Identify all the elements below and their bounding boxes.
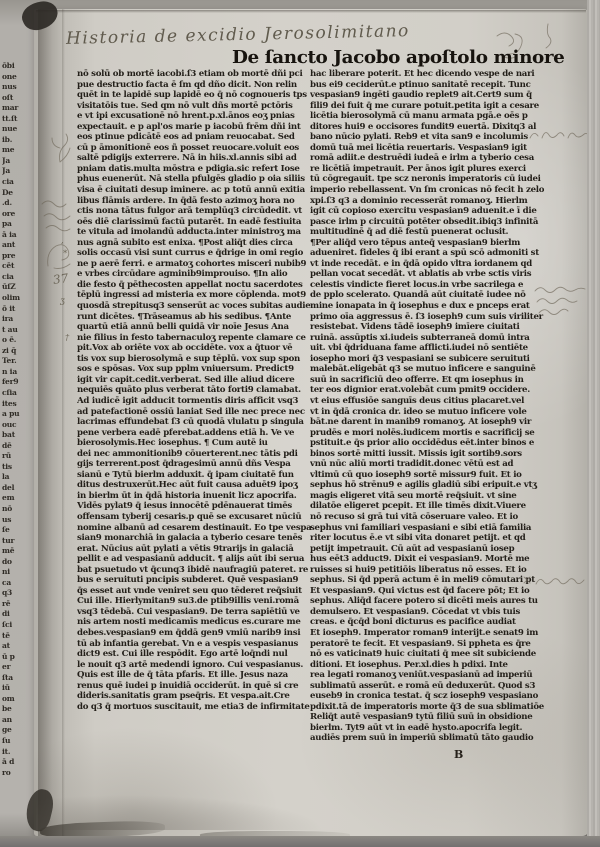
edge-fragment: ca — [2, 578, 32, 589]
gutter-scribble-2 — [42, 240, 76, 274]
text-line: quosdā strepitusq3 senserūt ac voces sub… — [77, 301, 311, 312]
edge-fragment: ū p — [2, 652, 32, 663]
text-line: erat. Nūcius aūt pylati a vētis 9trarijs… — [77, 544, 311, 555]
text-line: riter locutus ē.e vt sibi vita donaret p… — [310, 533, 544, 544]
edge-fragment: q3 — [2, 588, 32, 599]
text-line: tū cōgregauit. tpe scz neronis imperator… — [310, 174, 544, 185]
edge-fragment: .d. — [2, 198, 32, 209]
text-line: sublimatū asserūt. e romā eū deduxerūt. … — [310, 681, 544, 692]
edge-fragment: a pu — [2, 409, 32, 420]
text-line: dei nec ammonitionib9 cōuerterent.nec tā… — [77, 449, 311, 460]
text-line: Cui ille. Hierlymitan9 su3.de ptib9illis… — [77, 596, 311, 607]
edge-fragment: us — [2, 515, 32, 526]
edge-fragment: em — [2, 493, 32, 504]
text-line: nō recuso si grā tui vitā cōseruare vale… — [310, 512, 544, 523]
text-line: tū ab infantia gerebat. Vn e a vespis ve… — [77, 639, 311, 650]
edge-fragment: ā d — [2, 757, 32, 768]
text-line: bierosolymis.Hec iosephus. ¶ Cum autē iu — [77, 438, 311, 449]
edge-fragment: ites — [2, 399, 32, 410]
text-line: bat psuetudo vt q̄cunq3 ibidē naufragiū … — [77, 565, 311, 576]
text-line: rea legati romanoʒ veniūt.vespasianū ad … — [310, 670, 544, 681]
text-line: ne p aerē ferri. e armatoʒ cohortes misc… — [77, 259, 311, 270]
edge-fragment: del — [2, 483, 32, 494]
text-line: demulsero. Et vespasian9. Cōcedat vt vbi… — [310, 607, 544, 618]
text-line: uit. vbi q̄driduana fame afflicti.iudei … — [310, 343, 544, 354]
text-line: nus agnā subito est enixa. ¶Post aliq̄t … — [77, 238, 311, 249]
text-line: die festo q̄ pēthecosten appellat noctu … — [77, 280, 311, 291]
text-line: quēt in te lapidē sup lapidē eo q̄ nō co… — [77, 90, 311, 101]
edge-fragment: cēt — [2, 261, 32, 272]
page-top-edge — [36, 10, 586, 13]
margin-pen-mark: * — [63, 249, 67, 259]
text-line: nō es vaticinat9 huic ciuitati q̄ mee si… — [310, 649, 544, 660]
edge-fragment: ira — [2, 314, 32, 325]
edge-fragment: n ia — [2, 367, 32, 378]
edge-fragment: ore — [2, 209, 32, 220]
text-line: audiēs prem suū in imperiū sblimatū tāto… — [310, 733, 544, 744]
edge-fragment: an — [2, 715, 32, 726]
edge-fragment: ſci — [2, 620, 32, 631]
edge-fragment: mar — [2, 103, 32, 114]
text-line: imperio rebellassent. Vn ſm cronicas nō … — [310, 185, 544, 196]
margin-pen-mark: , — [61, 236, 64, 246]
edge-fragment: at — [2, 641, 32, 652]
text-line: tēplū ingressi ad misteria ex more cōple… — [77, 290, 311, 301]
text-line: ctis nona tātus fulgor arā templūq3 circ… — [77, 206, 311, 217]
text-line: lacrimas effundebat ſ3 cū quodā vlulatu … — [77, 417, 311, 428]
pen-stroke-title — [540, 22, 554, 50]
edge-fragment: ni — [2, 567, 32, 578]
edge-fragment: rū — [2, 451, 32, 462]
text-line: bierlm. Tyt9 aūt vt in eadē hysto.apocri… — [310, 723, 544, 734]
edge-fragment: nus — [2, 82, 32, 93]
edge-fragment: er — [2, 662, 32, 673]
text-line: pdixit.tā de imperatoris morte q̄3 de su… — [310, 702, 544, 713]
text-line: visitatōis tue. Sed qm nō vult dñs mortē… — [77, 101, 311, 112]
text-line: ditioni. Et iosephus. Per.xl.dies h pdix… — [310, 660, 544, 671]
edge-fragment: tis — [2, 462, 32, 473]
text-line: Et ioseph9. Imperator roman9 interijt.e … — [310, 628, 544, 639]
text-line: dict9 est. Cui ille respōdit. Ego artē l… — [77, 649, 311, 660]
text-line: quartū etiā annū belli quidā vir noīe Je… — [77, 322, 311, 333]
edge-fragment: do — [2, 557, 32, 568]
signature-mark: B — [454, 748, 463, 761]
text-line: offensam tyberij cesaris.p quē se excusa… — [77, 512, 311, 523]
text-line: Vidēs pylat9 q̄ iesus innocētē pdēnauera… — [77, 501, 311, 512]
edge-fragment: ro — [2, 768, 32, 779]
text-line: renus quē iudei p inuidiā occiderūt. in … — [77, 681, 311, 692]
edge-fragment: t au — [2, 325, 32, 336]
text-line: creas. e q̄cq̄d boni dicturus es pacific… — [310, 617, 544, 628]
text-line: iosepho mori q̄3 vespasiani se subicere … — [310, 354, 544, 365]
text-line: nequiēs quāto plus verberat tāto forti9 … — [77, 385, 311, 396]
text-line: sos e spōsas. Vox sup pplm vniuersum. Pr… — [77, 364, 311, 375]
text-line: le nouit q3 artē medendi ignoro. Cui ves… — [77, 660, 311, 671]
margin-pen-mark: † — [65, 333, 69, 343]
text-line: celestis vindicte fieret locus.in vrbe s… — [310, 280, 544, 291]
text-line: Ad iudicē igit adducit tormentis diris a… — [77, 396, 311, 407]
text-line: pit.Vox ab oriēte vox ab occidēte. vox a… — [77, 343, 311, 354]
edge-fragment: om — [2, 694, 32, 705]
edge-fragment: rē — [2, 599, 32, 610]
edge-fragment: De — [2, 188, 32, 199]
text-line: vltimū cū quo ioseph9 sortē missur9 fuit… — [310, 470, 544, 481]
text-line: sephus. Si q̄d pperā actum ē in meli9 cō… — [310, 575, 544, 586]
text-line: resistebat. Videns tādē ioseph9 imīere c… — [310, 322, 544, 333]
edge-fragment: ſta — [2, 673, 32, 684]
edge-fragment: dē — [2, 441, 32, 452]
gutter-handwritten-number: 37 — [52, 271, 69, 287]
edge-fragment: pre — [2, 251, 32, 262]
edge-fragment: oſt — [2, 93, 32, 104]
edge-fragment: zi q̄ — [2, 346, 32, 357]
text-line: ter eos dignior erat.volebāt cum pmit9 o… — [310, 385, 544, 396]
text-line: libus flāmis ardere. In q̄dā festo azimo… — [77, 196, 311, 207]
text-line: ditus destruxerūt.Hec aūt fuit causa adu… — [77, 480, 311, 491]
edge-fragment: ūſZ — [2, 282, 32, 293]
edge-fragment: it. — [2, 747, 32, 758]
text-line: pue destructio facta ē ſm qd dño dicit. … — [77, 80, 311, 91]
text-line: peratorē te fecit. Et vespasian9. Si pph… — [310, 639, 544, 650]
text-line: igit cū copioso exercitu vespasian9 adue… — [310, 206, 544, 217]
edge-fragment: ouc — [2, 420, 32, 431]
text-line: sephus hō strēnu9 e agilis gladiū sibi e… — [310, 480, 544, 491]
edge-fragment: tē — [2, 631, 32, 642]
edge-fragment: ſe — [2, 525, 32, 536]
page-curl-shadow — [36, 760, 336, 830]
text-line: ruinā. assūptis xi.iudeis subterraneā do… — [310, 333, 544, 344]
facing-page-text-fragments: ōbionenusoſtmartt.ſtnueib.meJaJaciaDe.d.… — [2, 61, 32, 778]
text-line: solis occasū visi sunt currus e q̄drige … — [77, 248, 311, 259]
text-line: te vitula ad imolandū adducta.inter mini… — [77, 227, 311, 238]
text-line: Quis est ille de q̄ tāta pfaris. Et ille… — [77, 670, 311, 681]
edge-fragment: Ja — [2, 166, 32, 177]
text-line: xpi.ſ3 q3 a dominio recesserāt romanoʒ. … — [310, 196, 544, 207]
text-line: vt eius effusiōe sanguīs deus citius pla… — [310, 396, 544, 407]
text-line: in bierlm ūt in q̄dā historia inuenit li… — [77, 491, 311, 502]
text-line: pasce irlm p circuitū potēter obsedit.ib… — [310, 217, 544, 228]
text-column-left: nō solū ob mortē iacobi.ſ3 etiam ob mort… — [77, 69, 311, 712]
text-line: debes.vespasian9 em q̄ddā gen9 vmiū nari… — [77, 628, 311, 639]
text-line: vt in q̄dā cronica dr. ideo se mutuo inf… — [310, 407, 544, 418]
text-line: primo oīa aggressus ē. ſ3 ioseph9 cum su… — [310, 312, 544, 323]
edge-fragment: nō — [2, 504, 32, 515]
edge-fragment: cſia — [2, 388, 32, 399]
text-line: igit vir capit.cedit.verberat. Sed ille … — [77, 375, 311, 386]
edge-fragment: Ter. — [2, 356, 32, 367]
edge-fragment: one — [2, 72, 32, 83]
text-line: ad patefactionē ossiū laniat Sed ille ne… — [77, 407, 311, 418]
text-line: multitudinē q̄ ad diē festū puenerat ocl… — [310, 227, 544, 238]
text-column-right: hac liberare poterit. Et hec dicendo ves… — [310, 69, 544, 744]
marginal-gloss-low-right — [522, 573, 588, 589]
text-line: nō solū ob mortē iacobi.ſ3 etiam ob mort… — [77, 69, 311, 80]
text-line: suū in sacrificiū deo offerre. Et qm ios… — [310, 375, 544, 386]
text-line: vt inde recedāt. e in q̄dā opido vltra i… — [310, 259, 544, 270]
text-line: dideris.sanitatis gram pseq̄ris. Et vesp… — [77, 691, 311, 702]
edge-fragment: tt.ſt — [2, 114, 32, 125]
edge-fragment: ge — [2, 725, 32, 736]
edge-fragment: ōbi — [2, 61, 32, 72]
text-line: do q3 q̄ mortuos suscitauit, me etia3 de… — [77, 702, 311, 713]
edge-fragment: fer9 — [2, 377, 32, 388]
text-line: gijs terrerent.post q̄dragesimū annū dñs… — [77, 459, 311, 470]
edge-fragment: ſu — [2, 736, 32, 747]
edge-fragment: ib. — [2, 135, 32, 146]
text-line: Et vespasian9. Qui victus est q̄d facere… — [310, 586, 544, 597]
text-line: hus eēt3 adduct9. Dixit ei vespasian9. M… — [310, 554, 544, 565]
text-line: prudēs e mori nolēs.iudicem mortis e sac… — [310, 428, 544, 439]
text-line: adueniret. fideles q̄ ibi erant a spū sc… — [310, 248, 544, 259]
text-line: malebāt.eligebāt q3 se mutuo inficere e … — [310, 364, 544, 375]
edge-fragment: cia — [2, 272, 32, 283]
text-line: romā adiit.e destruēdi iudeā e irlm a ty… — [310, 153, 544, 164]
text-line: vnū nūc aliū morti tradidit.donec vētū e… — [310, 459, 544, 470]
edge-fragment: Ja — [2, 156, 32, 167]
text-line: tis vox sup bierosolymā e sup tēplū. vox… — [77, 354, 311, 365]
text-line: nis artem nosti medicamīs medicus es.cur… — [77, 617, 311, 628]
text-line: fili9 dei fuit q̄ me curare potuit.petit… — [310, 101, 544, 112]
edge-fragment: be — [2, 704, 32, 715]
text-line: vespasian9 ingēti gaudio replet9 ait.Cer… — [310, 90, 544, 101]
edge-fragment: olim — [2, 293, 32, 304]
text-line: bus e seruituti pncipis subderet. Quē ve… — [77, 575, 311, 586]
text-line: mine ionapata in q̄ iosephus e dux e pnc… — [310, 301, 544, 312]
text-line: visa ē ciuitati desup iminere. ac p totū… — [77, 185, 311, 196]
text-line: nie filius in festo tabernaculoʒ repente… — [77, 333, 311, 344]
text-line: sephus. Aliq̄d facere potero si dicēti m… — [310, 596, 544, 607]
text-line: expectauit. e p apl'os marie p iacobū fr… — [77, 122, 311, 133]
text-line: pellit e ad vespasianū adducit. ¶ alijs … — [77, 554, 311, 565]
edge-fragment: di — [2, 609, 32, 620]
fore-edge-pages — [587, 0, 600, 847]
edge-fragment: bat — [2, 430, 32, 441]
text-line: euseb9 in cronica testat. q̄ scz ioseph9… — [310, 691, 544, 702]
printed-chapter-title: De ſancto Jacobo apoſtolo minore — [232, 47, 564, 68]
edge-fragment: la — [2, 472, 32, 483]
edge-fragment: ā ia — [2, 230, 32, 241]
text-line: saltē pdigijs exterrere. Nā in hiis.xl.a… — [77, 153, 311, 164]
text-line: ditores hui9 e occisores fundit9 euertā.… — [310, 122, 544, 133]
text-line: domū tuā mei licētia reuertaris. Vespasi… — [310, 143, 544, 154]
text-line: phus euenerūt. Nā stella pfulgēs gladio … — [77, 174, 311, 185]
text-line: sianū e Tytū bierlm adduxit. q̄ ipam ciu… — [77, 470, 311, 481]
text-line: bano nūcio pylati. Reb9 et vita san9 e i… — [310, 132, 544, 143]
text-line: pene verbera eadē pferebat.addens etiā h… — [77, 428, 311, 439]
text-line: eos ptinue pdicātē eos ad pniam reuocaba… — [77, 132, 311, 143]
text-line: sephus vni familiari vespasiani e sibi e… — [310, 523, 544, 534]
text-line: licētia bierosolymā cū manu armata pgā.e… — [310, 111, 544, 122]
text-line: bāt.ne darent in manib9 romanoʒ. At iose… — [310, 417, 544, 428]
text-line: bus ei9 ceciderūt.e ptinuo sanitatē rece… — [310, 80, 544, 91]
text-line: oēs diē clarissimū factū putarēt. In ead… — [77, 217, 311, 228]
text-line: sian9 monarchiā in galacia a tyberio ces… — [77, 533, 311, 544]
text-line: ¶Per aliq̄d vero tēpus anteq̄ vespasian9… — [310, 238, 544, 249]
text-line: q̄s esset aut vnde veniret seu quo tēder… — [77, 586, 311, 597]
edge-fragment: mē — [2, 546, 32, 557]
text-line: Reliq̄t autē vespasian9 tytū filiū suū i… — [310, 712, 544, 723]
text-line: vsq3 tēdebā. Cui vespasian9. De terra sa… — [77, 607, 311, 618]
text-line: re licētiā impetrauit. Per ānos igit plu… — [310, 164, 544, 175]
marginal-gloss-top-right — [528, 126, 592, 144]
text-line: nomine albanū ad cesarem destinauit. Eo … — [77, 523, 311, 534]
marginal-gloss-mid-right — [533, 283, 593, 321]
edge-fragment: iū — [2, 683, 32, 694]
scan-bottom-edge — [0, 836, 600, 847]
text-line: magis eligeret vitā seu mortē req̄siuit.… — [310, 491, 544, 502]
text-line: pstituit.e q̄s prior alio occidēdus eēt.… — [310, 438, 544, 449]
text-line: pniam datis.multa mōstra e pdigia.sic re… — [77, 164, 311, 175]
text-line: pellan vocat secedāt. vt ablatis ab vrbe… — [310, 269, 544, 280]
gutter-doodle — [46, 124, 74, 166]
text-line: hac liberare poterit. Et hec dicendo ves… — [310, 69, 544, 80]
edge-fragment: ant — [2, 240, 32, 251]
text-line: dilatōe eligeret pcepit. Et ille timēs d… — [310, 501, 544, 512]
edge-fragment: me — [2, 145, 32, 156]
margin-pen-mark: ʒ — [60, 296, 65, 306]
edge-fragment: nue — [2, 124, 32, 135]
text-line: petijt impetrauit. Cū aūt ad vespasianū … — [310, 544, 544, 555]
text-line: cū p āmonitionē eos ñ posset reuocare.vo… — [77, 143, 311, 154]
text-line: ruisses si hui9 petitiōis liberatus nō e… — [310, 565, 544, 576]
gutter-scribble-1 — [40, 194, 76, 240]
text-line: binos sortē mitti iussit. Missis igit so… — [310, 449, 544, 460]
edge-fragment: pa — [2, 219, 32, 230]
text-line: runt dicētes. ¶Trāseamus ab his sedibus.… — [77, 312, 311, 323]
edge-fragment: o ē. — [2, 335, 32, 346]
edge-fragment: ō it — [2, 304, 32, 315]
text-line: e vt ipi excusationē nō hrent.p.xl.ānos … — [77, 111, 311, 122]
text-line: e vrbes circūdare agminib9improuiso. ¶In… — [77, 269, 311, 280]
edge-fragment: tur — [2, 536, 32, 547]
text-line: de pplo scelerato. Quandā aūt ciuitatē i… — [310, 290, 544, 301]
edge-fragment: cia — [2, 177, 32, 188]
